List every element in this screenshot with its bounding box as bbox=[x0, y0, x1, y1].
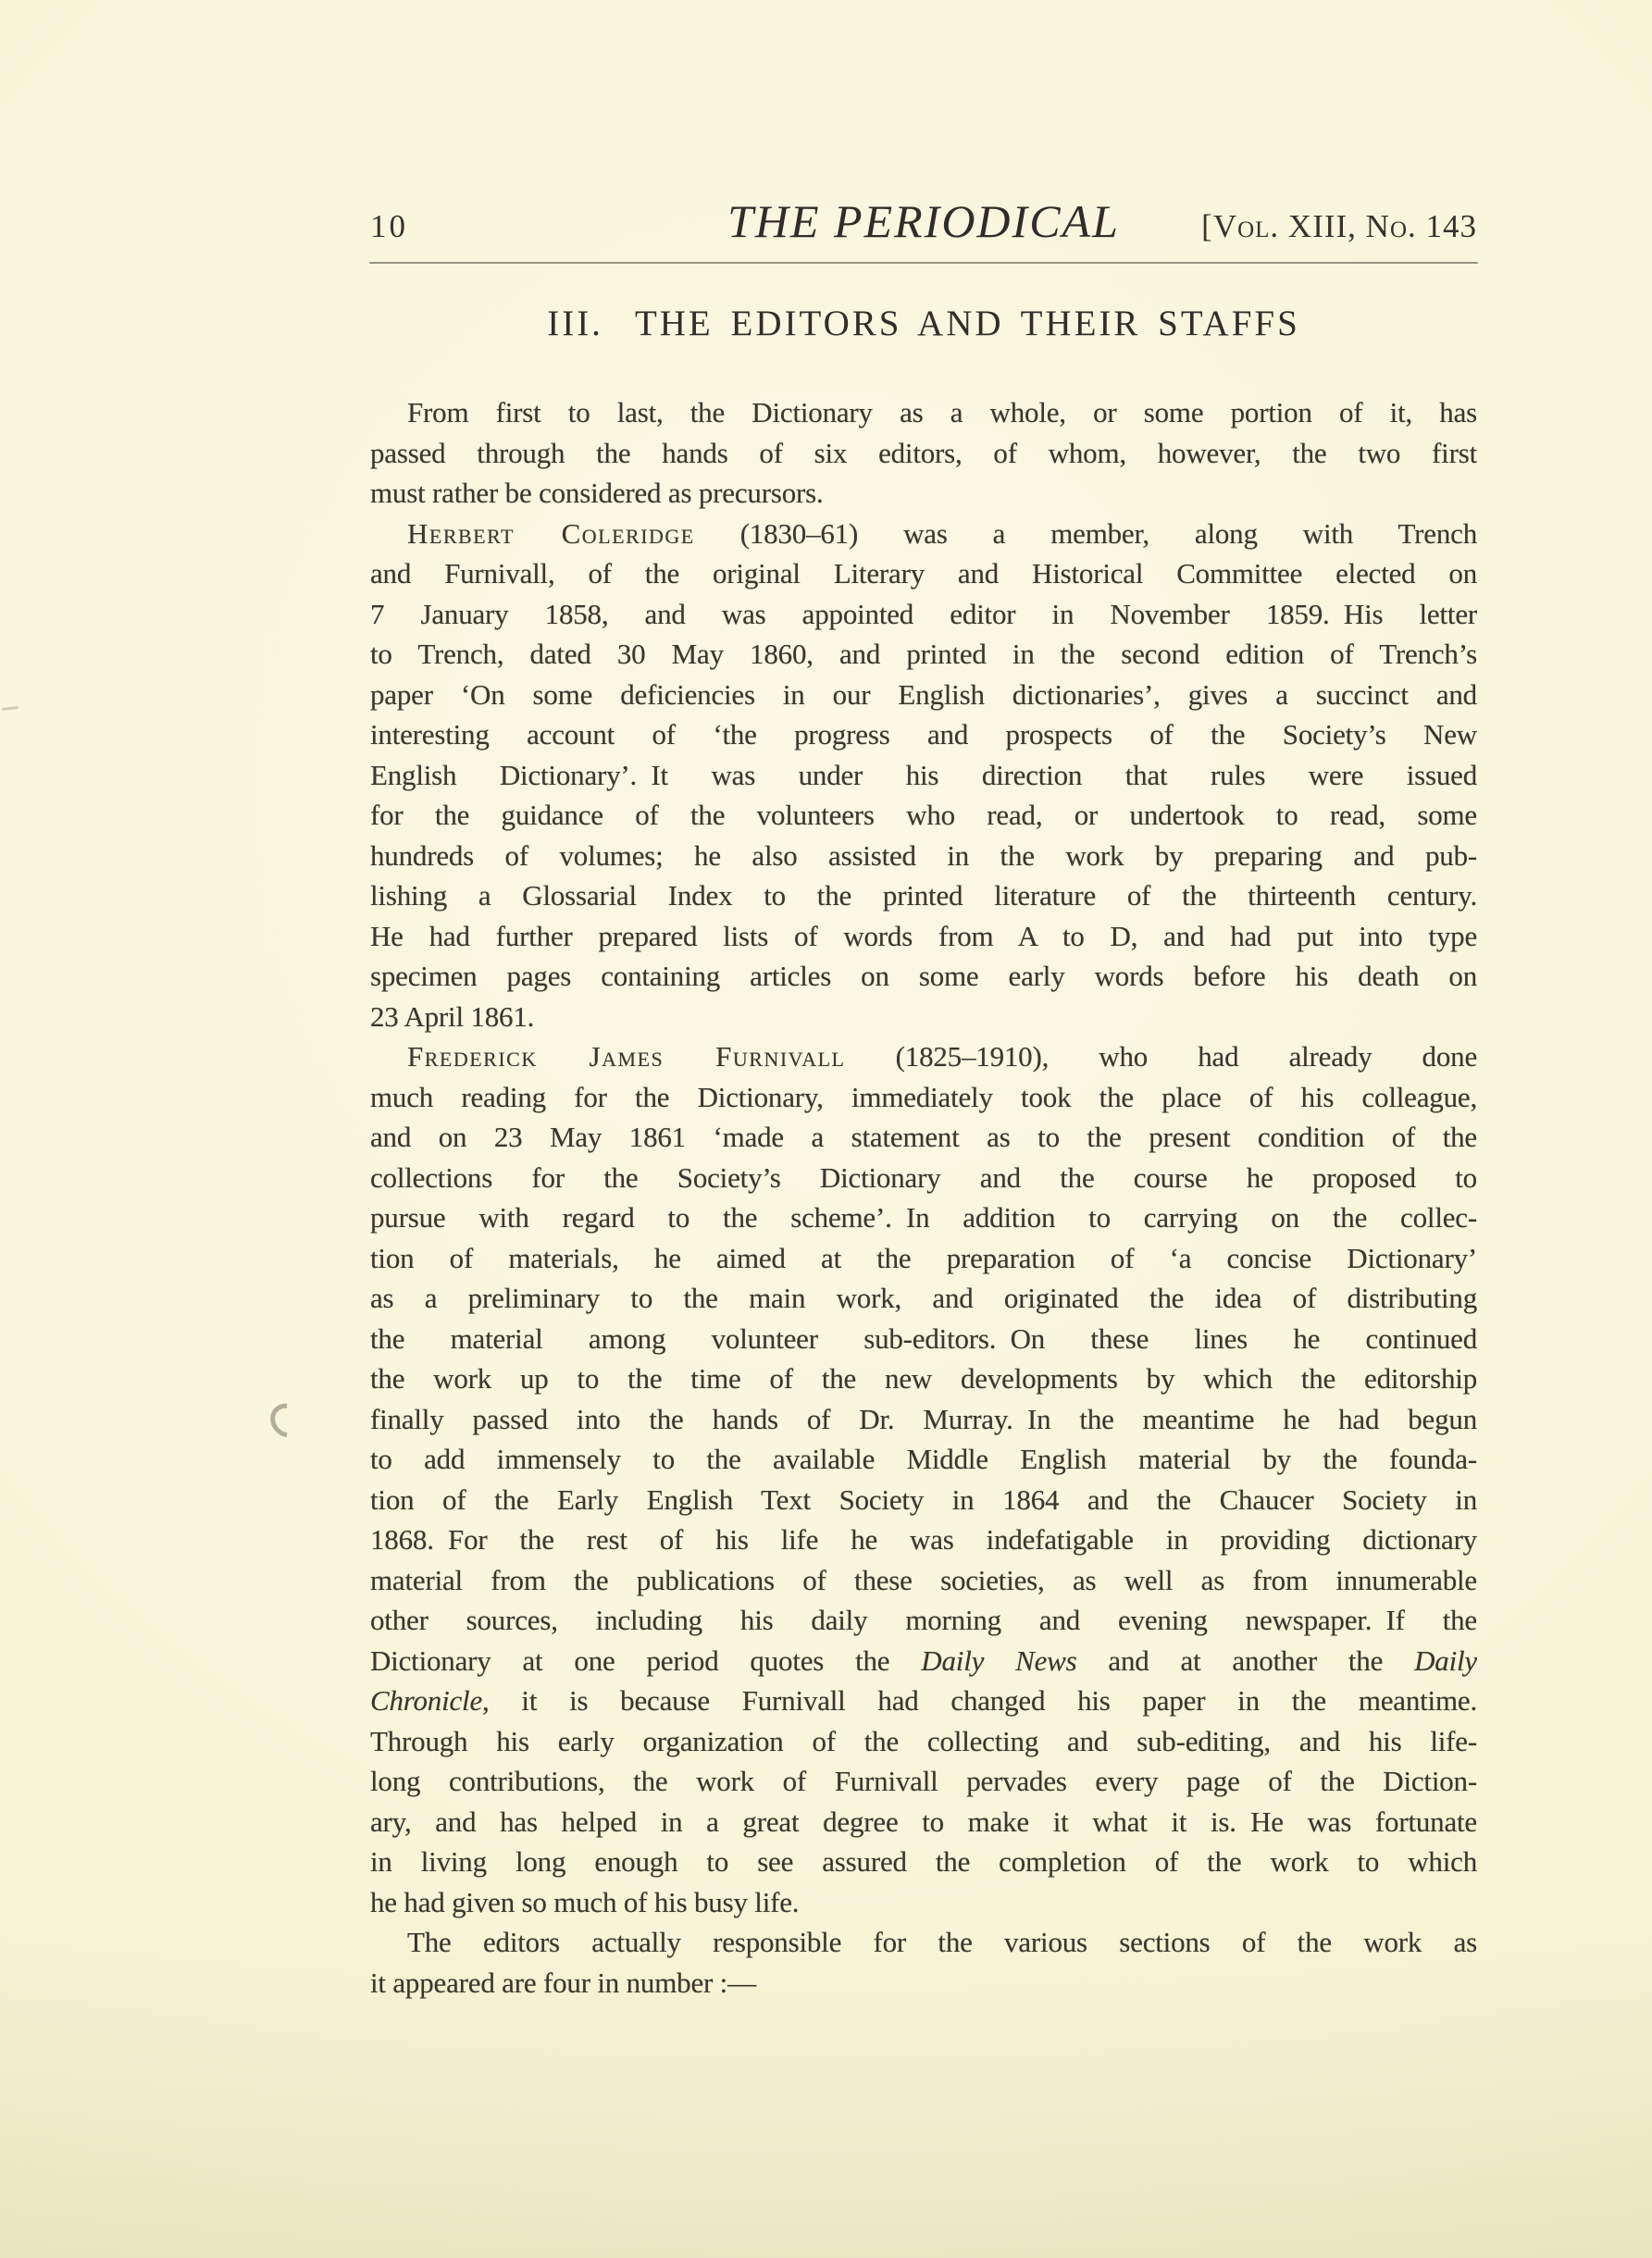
pencil-smudge-mark bbox=[264, 1397, 310, 1445]
journal-title: THE PERIODICAL bbox=[727, 194, 1120, 248]
text-line: the material among volunteer sub-editors… bbox=[370, 1319, 1477, 1359]
text-line: and on 23 May 1861 ‘made a statement as … bbox=[370, 1117, 1477, 1158]
text-line: and Furnivall, of the original Literary … bbox=[370, 553, 1477, 594]
text-line: he had given so much of his busy life. bbox=[370, 1882, 1477, 1923]
text-line: Frederick James Furnivall (1825–1910), w… bbox=[370, 1036, 1477, 1077]
volume-info: [Vol. XIII, No. 143 bbox=[1201, 208, 1477, 245]
section-heading-title: THE EDITORS AND THEIR STAFFS bbox=[635, 304, 1300, 343]
text-line: specimen pages containing articles on so… bbox=[370, 956, 1477, 997]
text-line: Herbert Coleridge (1830–61) was a member… bbox=[370, 514, 1477, 554]
page-header: 10 THE PERIODICAL [Vol. XIII, No. 143 bbox=[370, 194, 1477, 248]
text-line: pursue with regard to the scheme’. In ad… bbox=[370, 1197, 1477, 1238]
text-line: long contributions, the work of Furnival… bbox=[370, 1761, 1477, 1802]
text-line: English Dictionary’. It was under his di… bbox=[370, 755, 1477, 796]
text-line: in living long enough to see assured the… bbox=[370, 1842, 1477, 1882]
text-line: passed through the hands of six editors,… bbox=[370, 433, 1477, 474]
text-line: much reading for the Dictionary, immedia… bbox=[370, 1077, 1477, 1118]
text-line: for the guidance of the volunteers who r… bbox=[370, 795, 1477, 836]
text-line: hundreds of volumes; he also assisted in… bbox=[370, 836, 1477, 876]
text-line: 23 April 1861. bbox=[370, 997, 1477, 1037]
section-heading-number: III. bbox=[547, 304, 603, 343]
text-line: other sources, including his daily morni… bbox=[370, 1600, 1477, 1641]
text-line: to add immensely to the available Middle… bbox=[370, 1439, 1477, 1480]
text-line: He had further prepared lists of words f… bbox=[370, 916, 1477, 957]
text-line: ary, and has helped in a great degree to… bbox=[370, 1802, 1477, 1842]
text-line: interesting account of ‘the progress and… bbox=[370, 714, 1477, 755]
scanned-page: 10 THE PERIODICAL [Vol. XIII, No. 143 II… bbox=[0, 0, 1652, 2258]
text-line: paper ‘On some deficiencies in our Engli… bbox=[370, 675, 1477, 715]
text-line: The editors actually responsible for the… bbox=[370, 1922, 1477, 1963]
text-line: to Trench, dated 30 May 1860, and printe… bbox=[370, 634, 1477, 675]
text-line: 7 January 1858, and was appointed editor… bbox=[370, 594, 1477, 635]
text-line: 1868. For the rest of his life he was in… bbox=[370, 1520, 1477, 1560]
page-number: 10 bbox=[370, 208, 408, 245]
text-line: tion of materials, he aimed at the prepa… bbox=[370, 1238, 1477, 1279]
text-line: must rather be considered as precursors. bbox=[370, 473, 1477, 514]
text-line: material from the publications of these … bbox=[370, 1560, 1477, 1601]
margin-scratch-mark bbox=[2, 706, 19, 711]
article-body: From first to last, the Dictionary as a … bbox=[370, 392, 1477, 2003]
text-line: the work up to the time of the new devel… bbox=[370, 1359, 1477, 1399]
header-rule bbox=[369, 262, 1478, 264]
text-line: it appeared are four in number :— bbox=[370, 1963, 1477, 2004]
text-line: From first to last, the Dictionary as a … bbox=[370, 392, 1477, 433]
section-heading: III.THE EDITORS AND THEIR STAFFS bbox=[370, 303, 1477, 344]
text-line: lishing a Glossarial Index to the printe… bbox=[370, 875, 1477, 916]
text-line: Through his early organization of the co… bbox=[370, 1721, 1477, 1762]
text-line: tion of the Early English Text Society i… bbox=[370, 1480, 1477, 1520]
text-line: finally passed into the hands of Dr. Mur… bbox=[370, 1399, 1477, 1440]
text-line: collections for the Society’s Dictionary… bbox=[370, 1158, 1477, 1198]
text-line: Chronicle, it is because Furnivall had c… bbox=[370, 1681, 1477, 1721]
text-line: as a preliminary to the main work, and o… bbox=[370, 1278, 1477, 1319]
text-line: Dictionary at one period quotes the Dail… bbox=[370, 1641, 1477, 1681]
